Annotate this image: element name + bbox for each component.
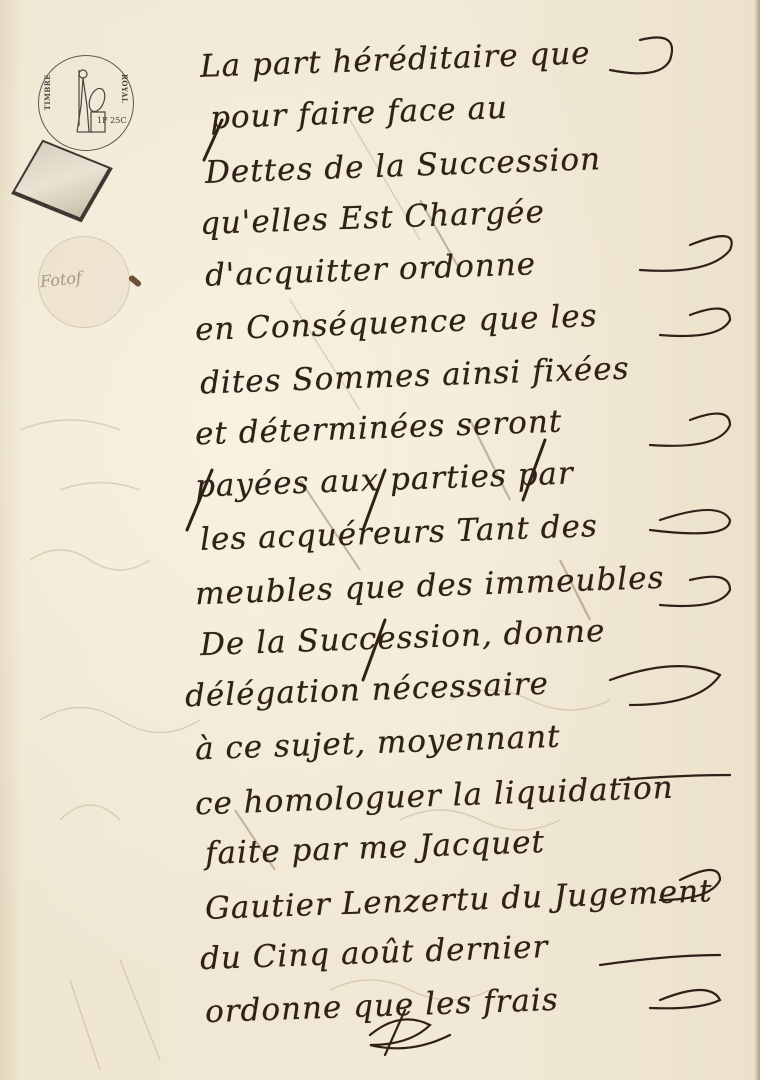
manuscript-line: meubles que des immeubles (195, 560, 666, 612)
manuscript-line: d'acquitter ordonne (204, 246, 536, 294)
manuscript-line: du Cinq août dernier (199, 929, 548, 977)
manuscript-line: La part héréditaire que (199, 35, 591, 85)
manuscript-line: qu'elles Est Chargée (199, 194, 545, 242)
manuscript-line: délégation nécessaire (184, 666, 549, 715)
manuscript-line: ordonne que les frais (204, 982, 559, 1030)
timbre-royal-stamp: TIMBRE ROYAL 1F 25C (38, 55, 134, 151)
stamp-label-left: TIMBRE (43, 74, 52, 110)
manuscript-line: faite par me Jacquet (204, 824, 545, 872)
stamp-value: 1F 25C (97, 116, 126, 125)
manuscript-line: et déterminées seront (194, 404, 562, 453)
seal-impression (11, 140, 113, 223)
ink-blot (128, 274, 143, 288)
manuscript-line: Dettes de la Succession (204, 141, 601, 191)
manuscript-line: à ce sujet, moyennant (194, 719, 561, 768)
allegorical-figure-icon (67, 66, 107, 138)
manuscript-line: payées aux parties par (194, 455, 574, 504)
manuscript-line: De la Succession, donne (199, 613, 605, 663)
manuscript-line: en Conséquence que les (194, 298, 598, 348)
stamp-label-right: ROYAL (120, 74, 129, 103)
page-edge-shadow (754, 0, 760, 1080)
manuscript-line: pour faire face au (209, 90, 508, 136)
manuscript-line: Gautier Lenzertu du Jugement (205, 873, 714, 927)
manuscript-line: les acquéreurs Tant des (199, 508, 598, 558)
manuscript-line: ce homologuer la liquidation (195, 770, 675, 823)
document-page: TIMBRE ROYAL 1F 25C Fotof La part hérédi… (0, 0, 760, 1080)
manuscript-line: dites Sommes ainsi fixées (200, 351, 631, 402)
